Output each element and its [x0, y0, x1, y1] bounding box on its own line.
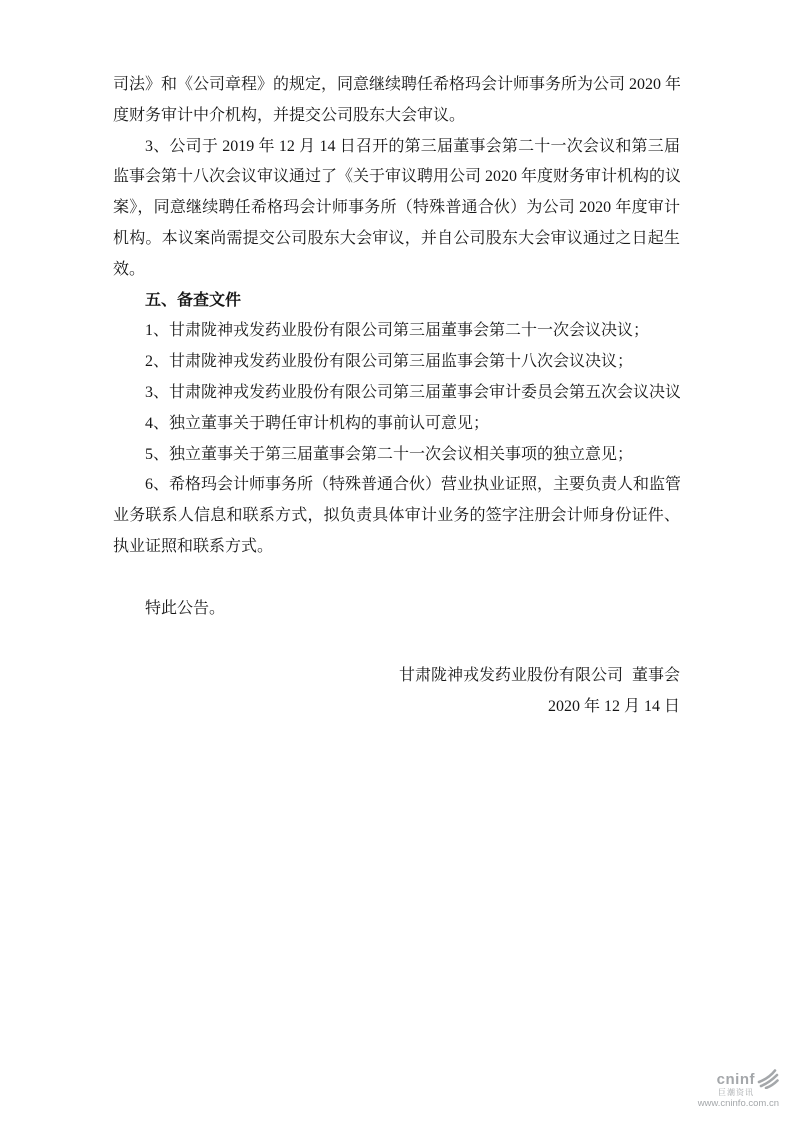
company-signature: 甘肃陇神戎发药业股份有限公司董事会: [113, 661, 680, 692]
blank-spacer: [113, 563, 680, 594]
signature-board-label: 董事会: [632, 667, 680, 684]
closing-statement: 特此公告。: [113, 594, 680, 625]
cninfo-url: www.cninfo.com.cn: [698, 1098, 779, 1109]
para-item3-line-3: 案》，同意继续聘任希格玛会计师事务所（特殊普通合伙）为公司 2020 年度审计: [113, 193, 680, 224]
cninfo-watermark: cninf 巨潮资讯 www.cninfo.com.cn: [698, 1069, 779, 1109]
cninfo-logo-text: cninf: [717, 1071, 755, 1088]
ref-doc-item-4: 4、独立董事关于聘任审计机构的事前认可意见；: [113, 409, 680, 440]
ref-doc-item-6-line-1: 6、希格玛会计师事务所（特殊普通合伙）营业执业证照，主要负责人和监管: [113, 470, 680, 501]
signature-company-name: 甘肃陇神戎发药业股份有限公司: [399, 667, 623, 684]
ref-doc-item-3: 3、甘肃陇神戎发药业股份有限公司第三届董事会审计委员会第五次会议决议；: [113, 378, 680, 409]
para-item3-line-4: 机构。本议案尚需提交公司股东大会审议，并自公司股东大会审议通过之日起生: [113, 224, 680, 255]
ref-doc-item-6-line-3: 执业证照和联系方式。: [113, 532, 680, 563]
ref-doc-item-2: 2、甘肃陇神戎发药业股份有限公司第三届监事会第十八次会议决议；: [113, 347, 680, 378]
ref-doc-item-5: 5、独立董事关于第三届董事会第二十一次会议相关事项的独立意见；: [113, 440, 680, 471]
cninfo-brand-row: cninf: [698, 1069, 779, 1089]
cninfo-swirl-icon: [757, 1069, 779, 1089]
cninfo-chinese-name: 巨潮资讯: [698, 1088, 754, 1097]
ref-doc-item-6-line-2: 业务联系人信息和联系方式，拟负责具体审计业务的签字注册会计师身份证件、: [113, 501, 680, 532]
para-item3-line-1: 3、公司于 2019 年 12 月 14 日召开的第三届董事会第二十一次会议和第…: [113, 132, 680, 163]
para-continuation-line-2: 度财务审计中介机构，并提交公司股东大会审议。: [113, 101, 680, 132]
signature-date: 2020 年 12 月 14 日: [113, 692, 680, 723]
para-continuation-line-1: 司法》和《公司章程》的规定，同意继续聘任希格玛会计师事务所为公司 2020 年: [113, 70, 680, 101]
ref-doc-item-1: 1、甘肃陇神戎发药业股份有限公司第三届董事会第二十一次会议决议；: [113, 316, 680, 347]
para-item3-line-5: 效。: [113, 255, 680, 286]
section-heading-reference-documents: 五、备查文件: [113, 286, 680, 317]
para-item3-line-2: 监事会第十八次会议审议通过了《关于审议聘用公司 2020 年度财务审计机构的议: [113, 162, 680, 193]
blank-spacer: [113, 624, 680, 655]
document-body: 司法》和《公司章程》的规定，同意继续聘任希格玛会计师事务所为公司 2020 年 …: [113, 0, 680, 723]
